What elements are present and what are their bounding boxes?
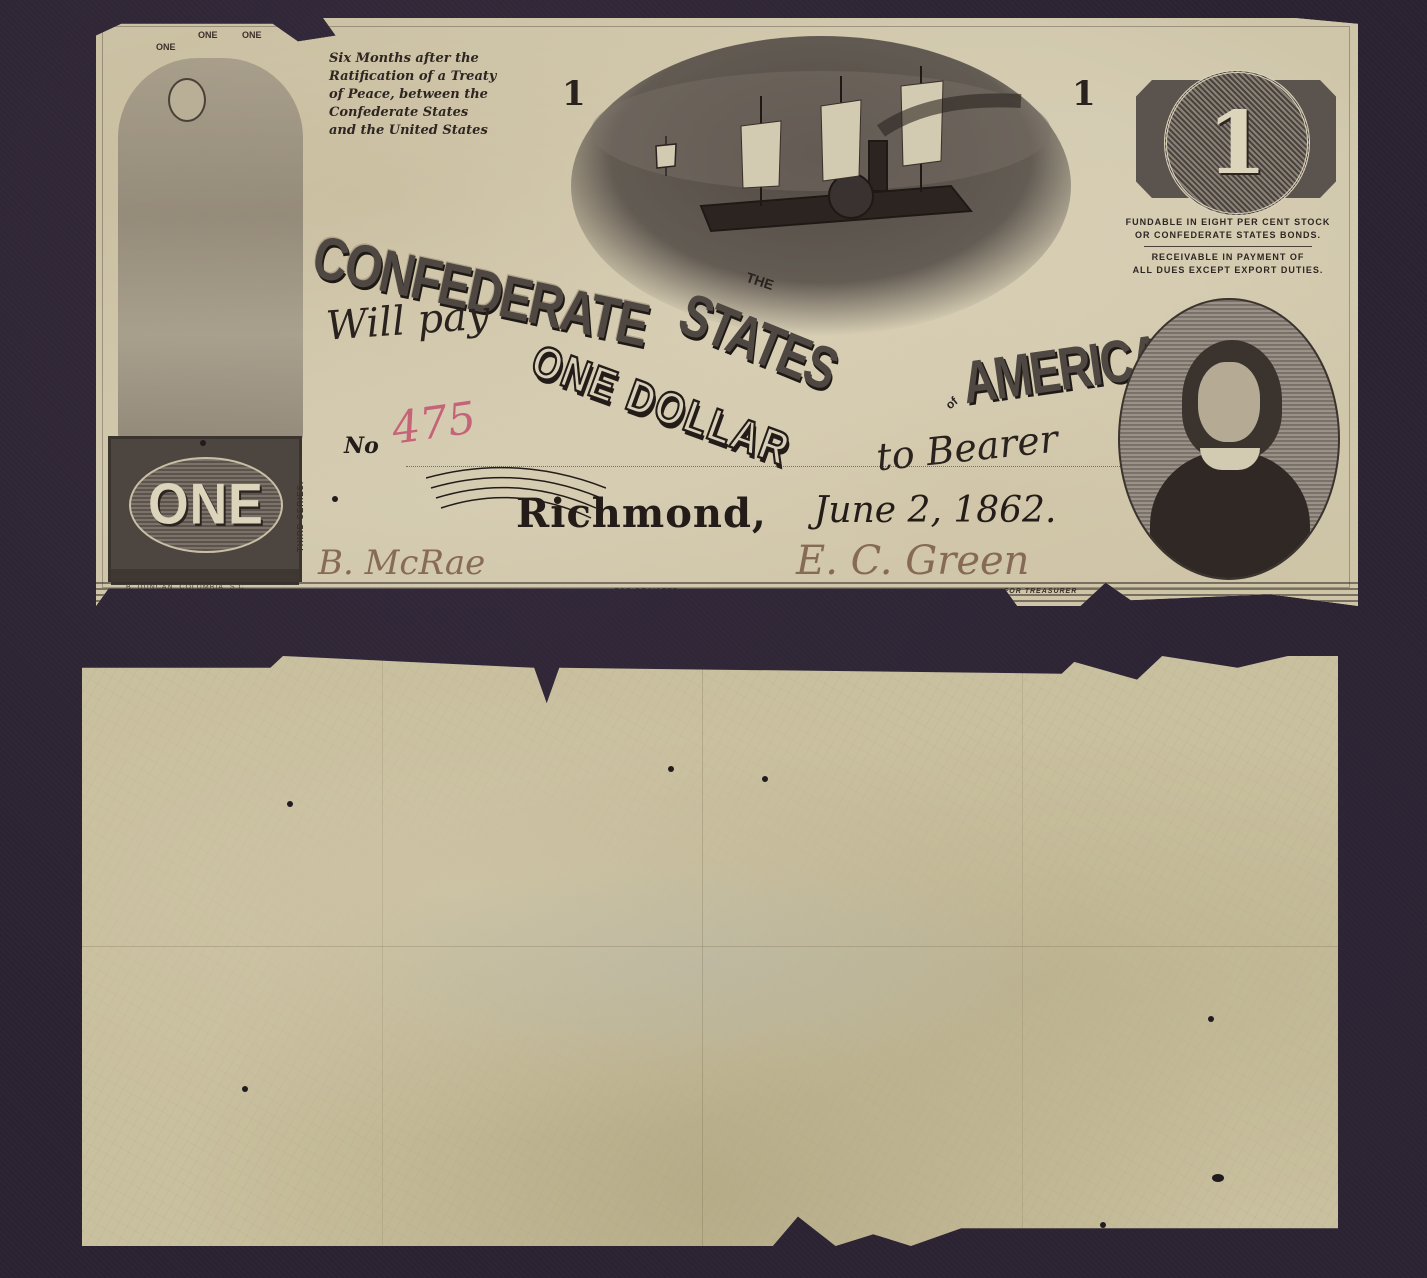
- standing-woman-figure: [118, 58, 303, 453]
- pinhole: [762, 776, 768, 782]
- ribbon-text: ONE: [198, 30, 218, 40]
- fundable-text-block: FUNDABLE IN EIGHT PER CENT STOCK OR CONF…: [1108, 216, 1348, 277]
- corner-numeral-right: 1: [1072, 74, 1096, 114]
- fundable-line: FUNDABLE IN EIGHT PER CENT STOCK: [1108, 216, 1348, 229]
- ribbon-text: ONE: [242, 30, 262, 40]
- pinhole: [332, 496, 338, 502]
- banknote-back: [82, 656, 1338, 1246]
- ribbon-banner: ONE ONE ONE: [136, 22, 286, 56]
- register-signature: B. McRae: [318, 543, 485, 583]
- place-richmond: Richmond,: [516, 490, 767, 537]
- promise-line: and the United States: [329, 122, 549, 140]
- pinhole: [1208, 1016, 1214, 1022]
- vertical-crease: [1022, 656, 1023, 1246]
- pinhole: [1212, 1174, 1224, 1182]
- pinhole: [1100, 1222, 1106, 1228]
- portrait-face: [1198, 362, 1260, 442]
- portrait-oval: [1118, 298, 1340, 580]
- receivable-line: ALL DUES EXCEPT EXPORT DUTIES.: [1108, 264, 1348, 277]
- pinhole: [668, 766, 674, 772]
- allegorical-figure-vignette: ONE ONE ONE ONE THIRD SERIES. B. DUNCAN,…: [96, 18, 316, 578]
- issue-date: June 2, 1862.: [814, 490, 1056, 531]
- promise-line: Six Months after the: [329, 50, 549, 68]
- ribbon-text: ONE: [156, 42, 176, 52]
- promise-line: Ratification of a Treaty: [329, 68, 549, 86]
- one-panel-text: ONE: [148, 472, 264, 538]
- for-treasurer-label: FOR TREASURER: [1004, 588, 1077, 595]
- receivable-line: RECEIVABLE IN PAYMENT OF: [1108, 251, 1348, 264]
- banknote-front: ONE ONE ONE ONE THIRD SERIES. B. DUNCAN,…: [96, 18, 1358, 606]
- promise-line: of Peace, between the: [329, 86, 549, 104]
- redemption-promise: Six Months after the Ratification of a T…: [329, 50, 549, 140]
- vertical-crease: [382, 656, 383, 1246]
- promise-line: Confederate States: [329, 104, 549, 122]
- horizontal-crease: [82, 946, 1338, 947]
- one-oval: ONE: [129, 457, 283, 553]
- fundable-line: OR CONFEDERATE STATES BONDS.: [1108, 229, 1348, 242]
- series-label: THIRD SERIES.: [296, 456, 310, 576]
- pinhole: [200, 440, 206, 446]
- corner-badge-one: 1: [1164, 70, 1310, 216]
- badge-numeral: 1: [1207, 93, 1267, 194]
- one-denomination-panel: ONE: [108, 436, 302, 582]
- divider: [1144, 246, 1312, 247]
- treasurer-signature: E. C. Green: [796, 538, 1029, 584]
- vertical-crease: [702, 656, 703, 1246]
- figure-head: [168, 78, 206, 122]
- pinhole: [242, 1086, 248, 1092]
- pinhole: [287, 801, 293, 807]
- number-prefix: No: [344, 433, 379, 459]
